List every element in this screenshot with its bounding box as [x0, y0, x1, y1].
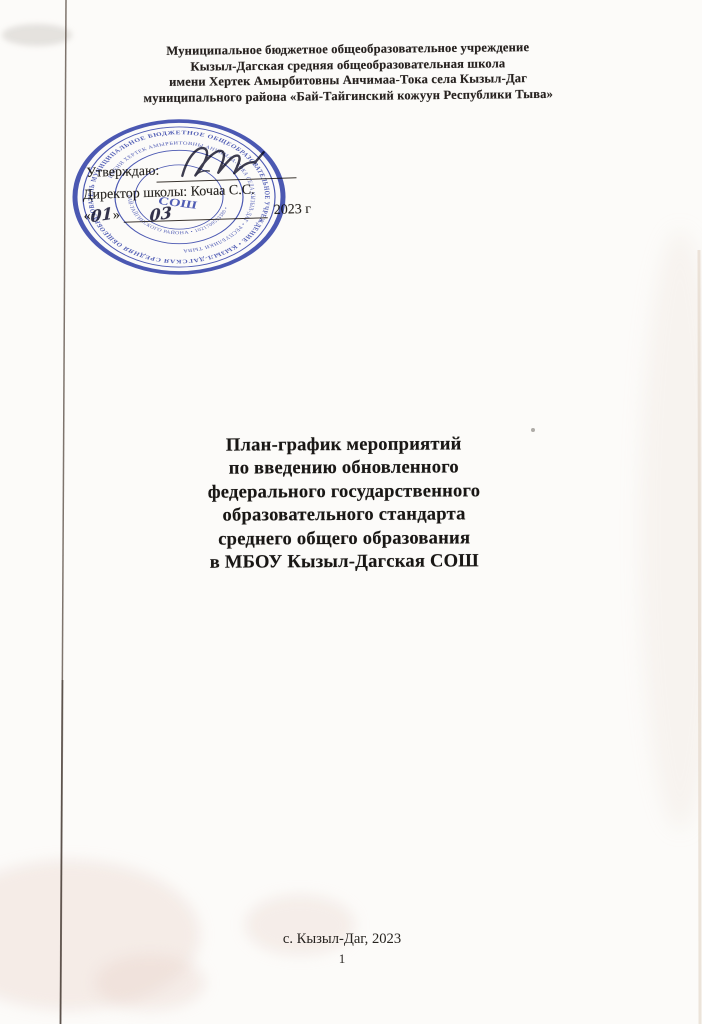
scanned-document-page: Муниципальное бюджетное общеобразователь… [0, 0, 702, 1024]
page-number: 1 [0, 951, 693, 967]
footer-place-year: с. Кызыл-Даг, 2023 [0, 931, 693, 948]
org-header: Муниципальное бюджетное общеобразователь… [0, 38, 699, 108]
page-right-edge [699, 250, 700, 1024]
page-fold-line-dark [61, 680, 63, 1024]
handwritten-month: 03 [150, 203, 172, 226]
scan-smudge [2, 24, 72, 46]
date-close-quote: » [113, 208, 120, 224]
date-year-suffix: 2023 г [274, 202, 312, 219]
approval-block: Утверждаю: Директор школы: Кочаа С.С. «0… [82, 158, 344, 236]
signature-scribble [175, 139, 272, 190]
approve-label: Утверждаю: [86, 164, 160, 182]
handwritten-day: 01 [90, 204, 112, 227]
document-title: План-график мероприятий по введению обно… [0, 431, 695, 575]
date-fill-line: 03 [124, 201, 268, 223]
title-line: в МБОУ Кызыл-Дагская СОШ [0, 548, 695, 575]
